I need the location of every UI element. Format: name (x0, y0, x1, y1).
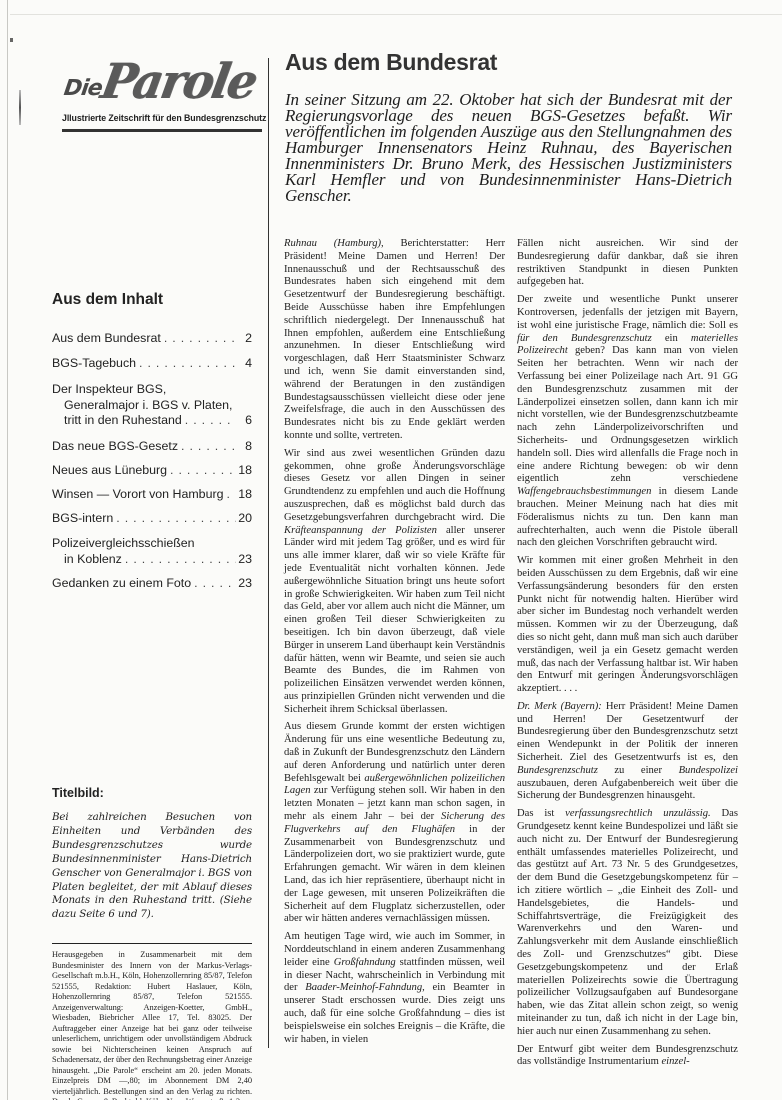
sidebar: Die Parole Jllustrierte Zeitschrift für … (52, 40, 260, 1080)
cover-caption-heading: Titelbild: (52, 786, 104, 800)
paragraph: Wir sind aus zwei wesentlichen Gründen d… (284, 448, 505, 717)
toc-item[interactable]: Der Inspekteur BGS, Generalmajor i. BGS … (52, 382, 252, 429)
toc-item-title: tritt in den Ruhestand (64, 413, 182, 429)
article-column-2: Fällen nicht ausreichen. Wir sind der Bu… (517, 238, 738, 1074)
logo-die: Die (62, 76, 103, 101)
toc-item-title: Neues aus Lüneburg (52, 463, 167, 479)
toc-item[interactable]: Polizeivergleichsschießen in Koblenz....… (52, 536, 252, 567)
masthead-subtitle: Jllustrierte Zeitschrift für den Bundesg… (62, 113, 246, 124)
paragraph: Das ist verfassungsrechtlich unzulässig.… (517, 808, 738, 1038)
toc-item-page: 6 (236, 413, 252, 429)
margin-mark (19, 90, 21, 125)
toc-item-title: Aus dem Bundesrat (52, 331, 161, 347)
toc-item-title: in Koblenz (64, 552, 122, 568)
column-divider (268, 58, 269, 1048)
toc-item-page: 4 (236, 356, 252, 372)
logo-parole: Parole (97, 53, 260, 110)
toc-item[interactable]: Winsen — Vorort von Hamburg.............… (52, 487, 252, 503)
toc-item-title: Das neue BGS-Gesetz (52, 439, 178, 455)
paragraph: Der zweite und wesentliche Punkt unserer… (517, 294, 738, 550)
toc-item[interactable]: BGS-intern..............................… (52, 511, 252, 527)
toc-item-title: Winsen — Vorort von Hamburg (52, 487, 223, 503)
paragraph: Fällen nicht ausreichen. Wir sind der Bu… (517, 238, 738, 289)
page-top-edge (10, 14, 782, 15)
toc-item-title: BGS-Tagebuch (52, 356, 136, 372)
toc-title: Aus dem Inhalt (52, 291, 163, 309)
paragraph: Ruhnau (Hamburg), Berichterstatter: Herr… (284, 238, 505, 443)
imprint-divider (52, 943, 252, 944)
masthead-logo: Die Parole Jllustrierte Zeitschrift für … (62, 60, 262, 110)
article-column-1: Ruhnau (Hamburg), Berichterstatter: Herr… (284, 238, 505, 1051)
toc-item-page: 20 (236, 511, 252, 527)
speaker: Dr. Merk (Bayern): (517, 701, 602, 712)
imprint: Herausgegeben in Zusammenarbeit mit dem … (52, 950, 252, 1100)
masthead-rule (62, 129, 262, 132)
paragraph: Dr. Merk (Bayern): Herr Präsident! Meine… (517, 701, 738, 803)
toc-item-title: Der Inspekteur BGS, (52, 382, 252, 398)
speaker: Ruhnau (Hamburg), (284, 238, 384, 249)
paragraph: Am heutigen Tage wird, wie auch im Somme… (284, 931, 505, 1046)
toc-item[interactable]: Aus dem Bundesrat.......................… (52, 331, 252, 347)
toc-item-page: 2 (236, 331, 252, 347)
toc-item[interactable]: Das neue BGS-Gesetz.....................… (52, 439, 252, 455)
article-lead: In seiner Sitzung am 22. Oktober hat sic… (285, 92, 732, 204)
toc-item-page: 23 (236, 576, 252, 592)
toc-item-page: 23 (236, 552, 252, 568)
paragraph: Wir kommen mit einer großen Mehrheit in … (517, 555, 738, 696)
article-headline: Aus dem Bundesrat (285, 49, 497, 76)
toc-item-page: 18 (236, 463, 252, 479)
toc-item-title: Generalmajor i. BGS v. Platen, (52, 398, 252, 414)
paragraph: Aus diesem Grunde kommt der ersten wicht… (284, 721, 505, 926)
toc-item-title: Gedanken zu einem Foto (52, 576, 191, 592)
toc-item-page: 8 (236, 439, 252, 455)
toc-item[interactable]: Neues aus Lüneburg......................… (52, 463, 252, 479)
paragraph: Der Entwurf gibt weiter dem Bundesgrenzs… (517, 1044, 738, 1070)
page-edge (7, 0, 8, 1100)
margin-mark (10, 38, 13, 42)
toc-item[interactable]: BGS-Tagebuch............................… (52, 356, 252, 372)
toc-item-title: Polizeivergleichsschießen (52, 536, 252, 552)
cover-caption-text: Bei zahlreichen Besuchen von Einheiten u… (52, 811, 252, 922)
toc-item-title: BGS-intern (52, 511, 113, 527)
toc-item[interactable]: Gedanken zu einem Foto..................… (52, 576, 252, 592)
toc-item-page: 18 (236, 487, 252, 503)
